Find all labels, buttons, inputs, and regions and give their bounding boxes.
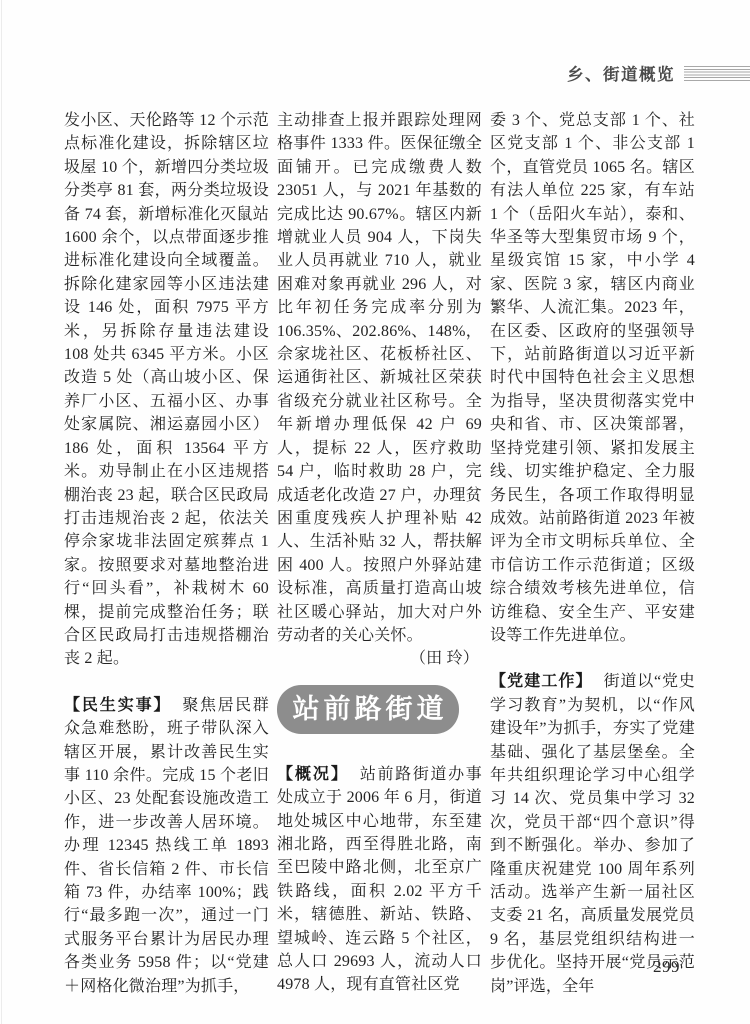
byline-author: （田 玲） xyxy=(277,647,482,670)
page-header: 乡、街道概览 xyxy=(0,61,750,85)
section-dangjian: 【党建工作】街道以“党史学习教育”为契机，以“作风建设年”为抓手，夯实了党建基础… xyxy=(490,670,695,998)
street-title-text: 站前路街道 xyxy=(289,698,448,721)
section-label-dangjian: 【党建工作】 xyxy=(490,673,593,690)
page-number: 299 xyxy=(653,957,680,977)
section-label-minsheng: 【民生实事】 xyxy=(64,697,171,714)
section-label-gaikuang: 【概况】 xyxy=(277,766,349,783)
column-2: 主动排查上报并跟踪处理网格事件 1333 件。医保征缴全面铺开。已完成缴费人数 … xyxy=(277,109,482,997)
paragraph-continued-overview: 委 3 个、党总支部 1 个、社区党支部 1 个、非公支部 1 个，直管党员 1… xyxy=(490,109,695,647)
section-gaikuang: 【概况】站前路街道办事处成立于 2006 年 6 月，街道地处城区中心地带，东至… xyxy=(277,763,482,997)
paragraph-continued-city-management: 发小区、天伦路等 12 个示范点标准化建设，拆除辖区垃圾屋 10 个，新增四分类… xyxy=(64,109,269,671)
column-3: 委 3 个、党总支部 1 个、社区党支部 1 个、非公支部 1 个，直管党员 1… xyxy=(490,109,695,998)
section-minsheng: 【民生实事】聚焦居民群众急难愁盼，班子带队深入辖区开展，累计改善民生实事 110… xyxy=(64,694,269,998)
street-title-badge: 站前路街道 xyxy=(277,685,459,734)
paragraph-continued-grid-events: 主动排查上报并跟踪处理网格事件 1333 件。医保征缴全面铺开。已完成缴费人数 … xyxy=(277,109,482,647)
header-title: 乡、街道概览 xyxy=(567,61,675,85)
section-text-minsheng: 聚焦居民群众急难愁盼，班子带队深入辖区开展，累计改善民生实事 110 余件。完成… xyxy=(64,697,269,995)
section-text-gaikuang: 站前路街道办事处成立于 2006 年 6 月，街道地处城区中心地带，东至建湘北路… xyxy=(277,766,482,994)
column-1: 发小区、天伦路等 12 个示范点标准化建设，拆除辖区垃圾屋 10 个，新增四分类… xyxy=(64,109,269,998)
header-rule-lines xyxy=(684,66,750,81)
section-text-dangjian: 街道以“党史学习教育”为契机，以“作风建设年”为抓手，夯实了党建基础、强化了基层… xyxy=(490,673,695,994)
page-edge-line xyxy=(1,0,2,1024)
